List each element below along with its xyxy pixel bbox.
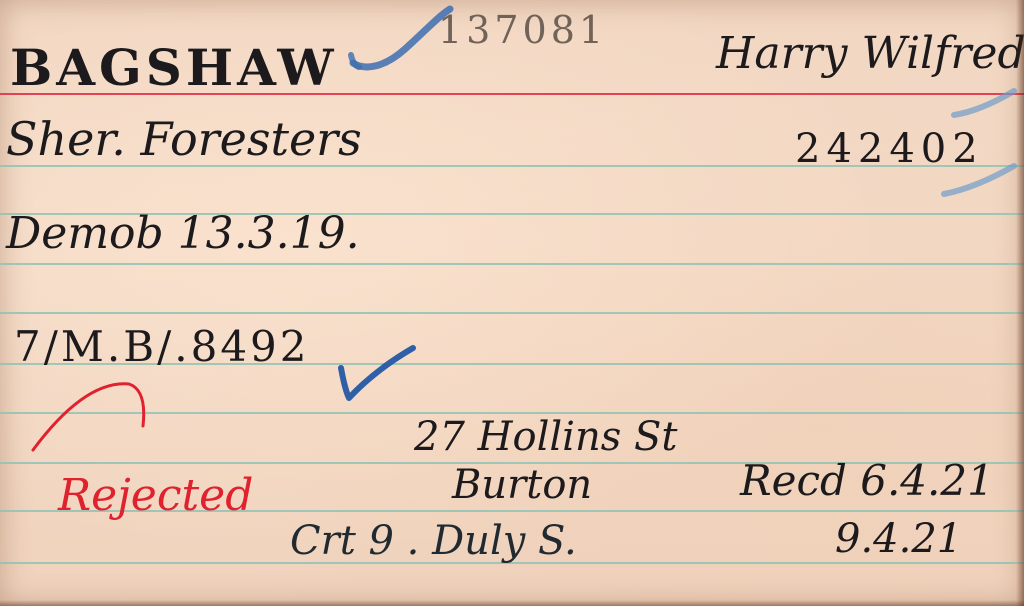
- card-edge-shadow: [0, 600, 1024, 606]
- address-line-1: 27 Hollins St: [414, 414, 677, 460]
- received-date-2: 9.4.21: [835, 516, 962, 562]
- ruled-line: [0, 312, 1024, 314]
- forenames: Harry Wilfred: [716, 28, 1024, 79]
- regiment: Sher. Foresters: [6, 112, 362, 166]
- ruled-line: [0, 263, 1024, 265]
- surname: BAGSHAW: [10, 38, 338, 97]
- certificate-note: Crt 9 . Duly S.: [290, 518, 577, 564]
- record-number-stamp: 137081: [438, 8, 607, 52]
- red-pencil-stroke-icon: [25, 380, 155, 460]
- rejected-status: Rejected: [58, 470, 253, 521]
- check-mark-icon: [345, 5, 455, 75]
- pencil-mark-icon: [940, 160, 1020, 200]
- received-date-1: Recd 6.4.21: [740, 456, 994, 505]
- check-mark-icon: [335, 340, 420, 405]
- record-card: 137081 BAGSHAW Harry Wilfred Sher. Fores…: [0, 0, 1024, 606]
- demob-date: Demob 13.3.19.: [6, 208, 360, 259]
- file-reference: 7/M.B/.8492: [14, 322, 309, 371]
- address-line-2: Burton: [452, 462, 592, 508]
- card-edge-shadow: [1016, 0, 1024, 606]
- pencil-mark-icon: [950, 85, 1020, 125]
